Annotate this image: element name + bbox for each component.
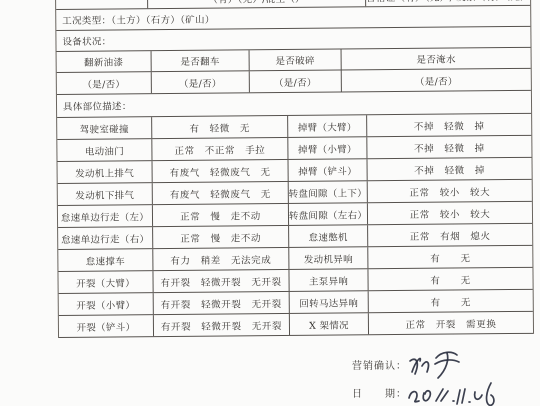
equipment-status-label: 设备状况：	[56, 27, 530, 51]
form-table: （有）（无）/混土（） 合格证（有）（无）/ 发票（有）（无） 工况类型：（土方…	[55, 0, 534, 338]
checklist-item-label: 掉臂（铲斗）	[289, 159, 368, 181]
checklist-options: 有开裂 轻微开裂 无开裂	[154, 292, 290, 314]
checklist-item-label: 电动油门	[57, 139, 152, 161]
date-label: 日 期：	[352, 384, 407, 406]
checklist-options: 有力 稍差 无法完成	[153, 248, 289, 270]
status-value: （是/否）	[250, 71, 342, 93]
checklist-item-label: 掉臂（小臂）	[288, 137, 367, 159]
checklist-options: 正常 较小 较大	[368, 202, 532, 224]
checklist-item-label: 主泵异响	[289, 269, 368, 291]
checklist-options: 正常 不正常 手拉	[152, 138, 288, 160]
checklist-options: 有废气 轻微废气 无	[153, 182, 289, 204]
checklist-options: 正常 开裂 需更换	[369, 312, 533, 334]
table-row: 开裂（铲斗） 有开裂 轻微开裂 无开裂 X 架情况 正常 开裂 需更换	[59, 312, 533, 338]
checklist-options: 正常 慢 走不动	[153, 226, 289, 248]
checklist-item-label: 发动机下排气	[58, 183, 153, 205]
checklist-item-label: 怠速憋机	[289, 225, 368, 247]
checklist-options: 正常 较小 较大	[368, 180, 532, 202]
checklist-options: 不掉 轻微 掉	[367, 114, 531, 136]
status-value: （是/否）	[342, 69, 531, 92]
checklist-item-label: 回转马达异响	[290, 291, 369, 313]
checklist-item-label: 发动机上排气	[58, 161, 153, 183]
checklist-options: 有开裂 轻微开裂 无开裂	[153, 270, 289, 292]
checklist-options: 有 轻微 无	[152, 116, 288, 138]
checklist-options: 有 无	[369, 290, 533, 312]
checklist-options: 有废气 轻微废气 无	[153, 160, 289, 182]
checklist-item-label: 开裂（大臂）	[58, 271, 153, 293]
condition-type-label: 工况类型：（土方）（石方）（矿山）	[56, 6, 530, 30]
checklist-item-label: 怠速撑车	[58, 249, 153, 271]
checklist-item-label: 开裂（小臂）	[59, 293, 154, 315]
checklist-options: 有 无	[368, 268, 532, 290]
checklist-item-label: 转盘间隙（左右）	[289, 203, 368, 225]
checklist-options: 有 无	[368, 246, 532, 268]
checklist-item-label: X 架情况	[290, 313, 369, 335]
status-value: （是/否）	[152, 71, 250, 93]
checklist-item-label: 驾驶室碰撞	[57, 117, 152, 139]
signoff-block: 营销确认： 日 期：	[352, 356, 538, 406]
date-row: 日 期：	[352, 384, 538, 406]
checklist-options: 不掉 轻微 掉	[367, 158, 531, 180]
detail-desc-label: 具体部位描述：	[57, 91, 531, 117]
status-header: 是否破碎	[250, 50, 342, 71]
checklist-item-label: 怠速单边行走（左）	[58, 205, 153, 227]
checklist-options: 正常 慢 走不动	[153, 204, 289, 226]
checklist-options: 不掉 轻微 掉	[367, 136, 531, 158]
checklist-item-label: 开裂（铲斗）	[59, 315, 154, 337]
marketing-confirm-label: 营销确认：	[352, 356, 407, 378]
marketing-confirm-row: 营销确认：	[352, 356, 538, 382]
signature-handwriting	[407, 347, 469, 381]
scanned-inspection-form: （有）（无）/混土（） 合格证（有）（无）/ 发票（有）（无） 工况类型：（土方…	[0, 0, 540, 406]
checklist-options: 有开裂 轻微开裂 无开裂	[154, 314, 290, 336]
checklist-item-label: 怠速单边行走（右）	[58, 227, 153, 249]
status-header: 翻新油漆	[57, 51, 152, 72]
status-header: 是否淹水	[342, 48, 531, 70]
checklist-item-label: 掉臂（大臂）	[288, 115, 367, 137]
checklist-item-label: 转盘间隙（上下）	[289, 181, 368, 203]
status-value: （是/否）	[57, 72, 152, 94]
checklist-item-label: 发动机异响	[289, 247, 368, 269]
checklist-options: 正常 有烟 熄火	[368, 224, 532, 246]
top-left-cell	[56, 0, 148, 9]
date-handwriting	[407, 380, 503, 406]
status-header: 是否翻车	[152, 50, 250, 71]
